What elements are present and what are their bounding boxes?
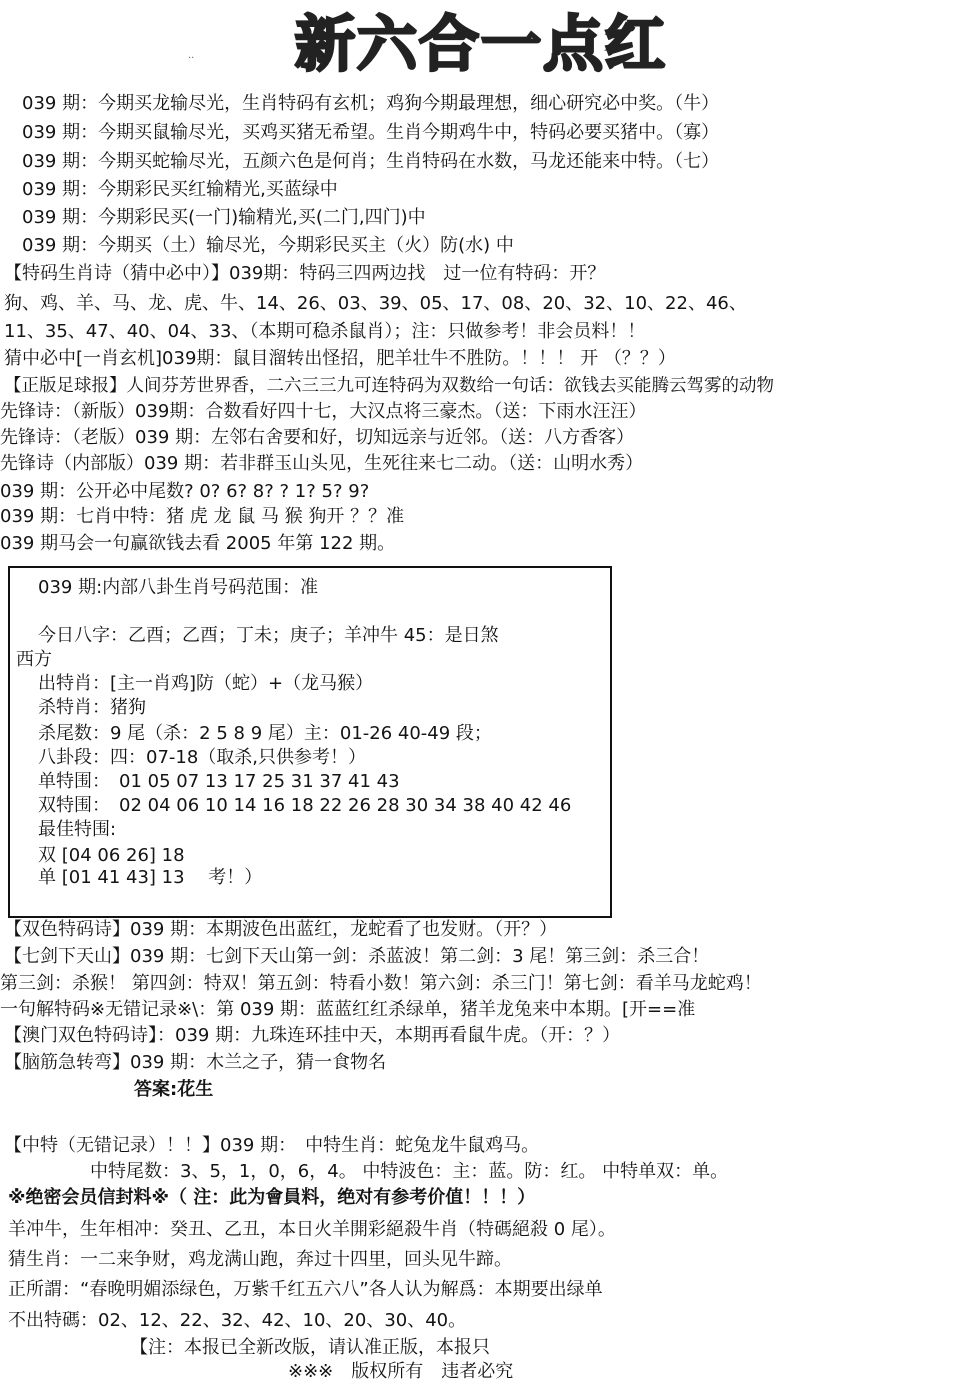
box-bagua-duan: 八卦段：四：07-18（取杀,只供参考！） <box>38 746 366 770</box>
zhongte-line-1: 【中特（无错记录）！！】039 期： 中特生肖：蛇兔龙牛鼠鸡马。 <box>4 1134 539 1158</box>
forecast-line-6: 039 期：今期买（土）输尽光，今期彩民买主（火）防(水) 中 <box>22 234 514 258</box>
box-bazi-line: 今日八字：乙酉；乙酉；丁未；庚子；羊冲牛 45：是日煞 <box>38 624 499 648</box>
forecast-line-5: 039 期：今期彩民买(一门)输精光,买(二门,四门)中 <box>22 206 426 230</box>
misc-line-3: 039 期马会一句赢欲钱去看 2005 年第 122 期。 <box>0 532 395 556</box>
page-title: 新六合一点红 <box>276 12 686 78</box>
box-header: 039 期:内部八卦生肖号码范围：准 <box>38 576 318 600</box>
misc-line-2: 039 期：七肖中特：猪 虎 龙 鼠 马 猴 狗开 ？？准 <box>0 505 404 529</box>
member-line-4: 不出特碼：02、12、22、32、42、10、20、30、40。 <box>8 1309 466 1333</box>
box-shate: 杀特肖：猪狗 <box>38 696 146 720</box>
zhongte-line-2: 中特尾数：3、5，1，0，6，4。 中特波色：主：蓝。防：红。 中特单双：单。 <box>90 1160 728 1184</box>
box-weishu: 杀尾数：9 尾（杀：2 5 8 9 尾）主：01-26 40-49 段； <box>38 722 492 746</box>
one-sentence-line: 一句解特码※无错记录※\：第 039 期：蓝蓝红红杀绿单，猪羊龙兔来中本期。[开… <box>0 998 695 1022</box>
misc-line-1: 039 期：公开必中尾数? 0? 6? 8? ? 1? 5? 9? <box>0 480 369 504</box>
box-dan-range: 单特围： 01 05 07 13 17 25 31 37 41 43 <box>38 770 400 794</box>
seven-swords-line-1: 【七剑下天山】039 期：七剑下天山第一剑：杀蓝波！第二剑：3 尾！第三剑：杀三… <box>4 945 709 969</box>
member-header: ※绝密会员信封料※（ 注：此为會員料，绝对有参考价值！！！） <box>8 1186 535 1210</box>
poem-numbers-line-1: 狗、鸡、羊、马、龙、虎、牛、14、26、03、39、05、17、08、20、32… <box>4 292 747 316</box>
riddle-answer: 答案:花生 <box>134 1078 213 1102</box>
box-chute: 出特肖：[主一肖鸡]防（蛇）+（龙马猴） <box>38 672 373 696</box>
guess-line: 猜中必中[一肖玄机]039期：鼠目溜转出怪招，肥羊壮牛不胜防。！！！ 开 （？？… <box>4 347 676 371</box>
poem-numbers-line-2: 11、35、47、40、04、33、（本期可稳杀鼠肖）；注：只做参考！非会员料！… <box>4 320 645 344</box>
member-line-1: 羊冲牛，生年相冲：癸丑、乙丑，本日火羊開彩絕殺牛肖（特碼絕殺 0 尾）。 <box>8 1218 616 1242</box>
forecast-line-2: 039 期：今期买鼠输尽光，买鸡买猪无希望。生肖今期鸡牛中，特码必要买猪中。（寡… <box>22 121 719 145</box>
footer-copyright: ※※※ 版权所有 违者必究 <box>288 1360 513 1384</box>
football-header: 【正版足球报】人间芬芳世界香，二六三三九可连特码为双数给一句话：欲钱去买能腾云驾… <box>4 374 774 398</box>
macau-poem: 【澳门双色特码诗】：039 期：九珠连环挂中天，本期再看鼠牛虎。（开：？） <box>4 1024 620 1048</box>
member-line-2: 猜生肖：一二来争财，鸡龙满山跑，奔过十四里，回头见牛蹄。 <box>8 1248 512 1272</box>
box-bazi-cont: 西方 <box>16 648 52 672</box>
box-best-dan: 单 [01 41 43] 13 考！） <box>38 866 262 890</box>
riddle-line: 【脑筋急转弯】039 期：木兰之子，猜一食物名 <box>4 1051 386 1075</box>
poem-header: 【特码生肖诗（猜中必中）】039期：特码三四两边找 过一位有特码：开？ <box>4 262 605 286</box>
forecast-line-3: 039 期：今期买蛇输尽光，五颜六色是何肖；生肖特码在水数，马龙还能来中特。（七… <box>22 150 719 174</box>
box-best-label: 最佳特围: <box>38 818 116 842</box>
decor-dots: .. <box>188 50 194 61</box>
forecast-line-1: 039 期：今期买龙输尽光，生肖特码有玄机；鸡狗今期最理想，细心研究必中奖。（牛… <box>22 92 719 116</box>
footer-note: 【注：本报已全新改版，请认准正版，本报只 <box>130 1336 490 1360</box>
pioneer-internal: 先锋诗（内部版）039 期：若非群玉山头见，生死往来七二动。（送：山明水秀） <box>0 452 643 476</box>
seven-swords-line-2: 第三剑：杀猴！ 第四剑：特双！第五剑：特看小数！第六剑：杀三门！第七剑：看羊马龙… <box>0 972 762 996</box>
double-color-poem: 【双色特码诗】039 期：本期波色出蓝红，龙蛇看了也发财。（开？） <box>4 918 557 942</box>
forecast-line-4: 039 期：今期彩民买红输精光,买蓝绿中 <box>22 178 338 202</box>
box-best-shuang: 双 [04 06 26] 18 <box>38 844 185 868</box>
member-line-3: 正所謂：“春晚明媚添绿色，万紫千红五六八”各人认为解爲：本期要出绿单 <box>8 1278 603 1302</box>
box-shuang-range: 双特围： 02 04 06 10 14 16 18 22 26 28 30 34… <box>38 794 571 818</box>
pioneer-old: 先锋诗：（老版）039 期：左邻右舍要和好，切知远亲与近邻。（送：八方香客） <box>0 426 634 450</box>
pioneer-new: 先锋诗：（新版）039期：合数看好四十七，大汉点将三豪杰。（送：下雨水汪汪） <box>0 400 646 424</box>
bagua-box: 039 期:内部八卦生肖号码范围：准 今日八字：乙酉；乙酉；丁未；庚子；羊冲牛 … <box>8 566 612 918</box>
